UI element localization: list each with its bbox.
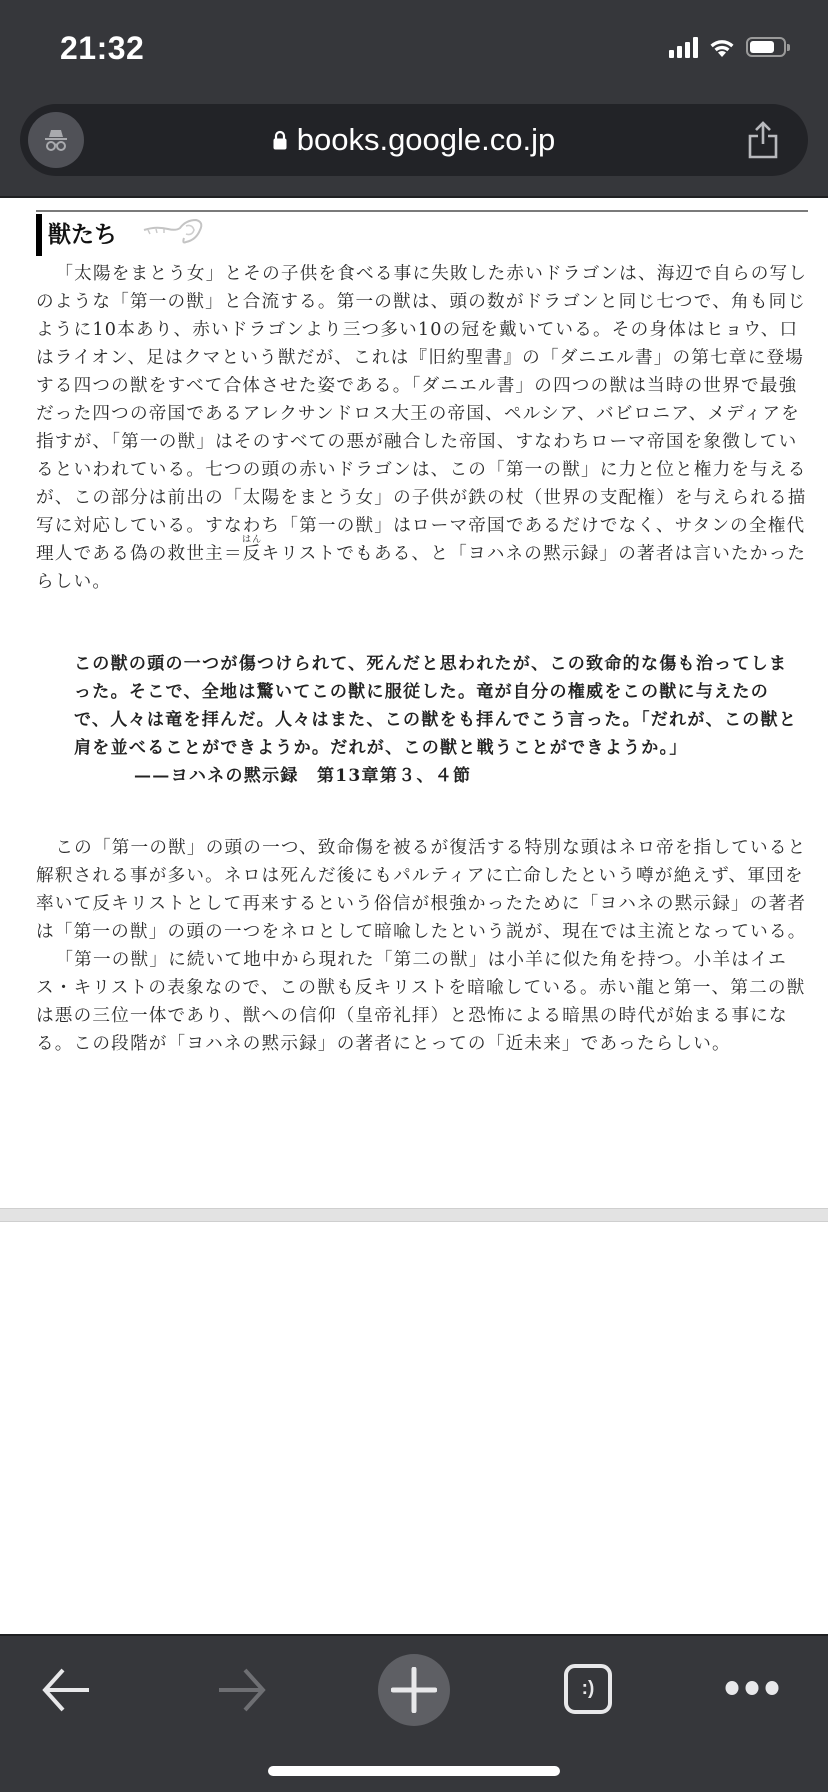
wifi-icon xyxy=(708,36,736,58)
home-indicator[interactable] xyxy=(268,1766,560,1776)
tab-switcher-icon[interactable]: :) xyxy=(582,1678,595,1700)
back-icon[interactable] xyxy=(41,1667,91,1713)
signal-icon xyxy=(669,36,698,58)
new-tab-button[interactable] xyxy=(378,1654,450,1726)
ornament-icon xyxy=(142,214,206,248)
status-time: 21:32 xyxy=(60,30,144,67)
url-text: books.google.co.jp xyxy=(297,122,556,158)
ruby-text: はん xyxy=(242,535,262,545)
back-button[interactable] xyxy=(36,1664,96,1716)
more-button[interactable] xyxy=(720,1668,784,1708)
section-title: 獣たち xyxy=(48,216,117,249)
battery-icon xyxy=(746,37,786,57)
paragraph-2-text: この「第一の獣」の頭の一つ、致命傷を被るが復活する特別な頭はネロ帝を指していると… xyxy=(36,834,812,946)
tab-switcher-button[interactable]: :) xyxy=(564,1664,612,1714)
scripture-quote: この獣の頭の一つが傷つけられて、死んだと思われたが、この致命的な傷も治ってしまっ… xyxy=(74,650,804,790)
heading-marker xyxy=(36,214,42,256)
forward-button[interactable] xyxy=(212,1664,272,1716)
paragraph-1-text: 「太陽をまとう女」とその子供を食べる事に失敗した赤いドラゴンは、海辺で自らの写し… xyxy=(36,264,807,564)
paragraph-1: 「太陽をまとう女」とその子供を食べる事に失敗した赤いドラゴンは、海辺で自らの写し… xyxy=(36,260,812,596)
status-icons xyxy=(669,36,786,58)
url-display[interactable]: books.google.co.jp xyxy=(20,104,808,176)
ruby-base: 反 xyxy=(242,544,262,564)
plus-icon[interactable] xyxy=(391,1667,437,1713)
share-icon[interactable] xyxy=(746,120,780,160)
ruby-han: 反はん xyxy=(243,544,262,564)
forward-icon[interactable] xyxy=(217,1667,267,1713)
quote-citation: ——ヨハネの黙示録 第13章第３、４節 xyxy=(74,762,804,790)
address-bar[interactable]: books.google.co.jp xyxy=(20,104,808,176)
quote-text: この獣の頭の一つが傷つけられて、死んだと思われたが、この致命的な傷も治ってしまっ… xyxy=(74,650,804,762)
more-icon[interactable] xyxy=(724,1680,780,1696)
paragraph-3-text: 「第一の獣」に続いて地中から現れた「第二の獣」は小羊に似た角を持つ。小羊はイエス… xyxy=(36,946,812,1058)
paragraph-2: この「第一の獣」の頭の一つ、致命傷を被るが復活する特別な頭はネロ帝を指していると… xyxy=(36,834,812,1058)
lock-icon xyxy=(273,130,287,150)
page-separator xyxy=(0,1208,828,1222)
header-rule xyxy=(36,210,808,212)
browser-top-chrome: 21:32 books.google.co.jp xyxy=(0,0,828,198)
